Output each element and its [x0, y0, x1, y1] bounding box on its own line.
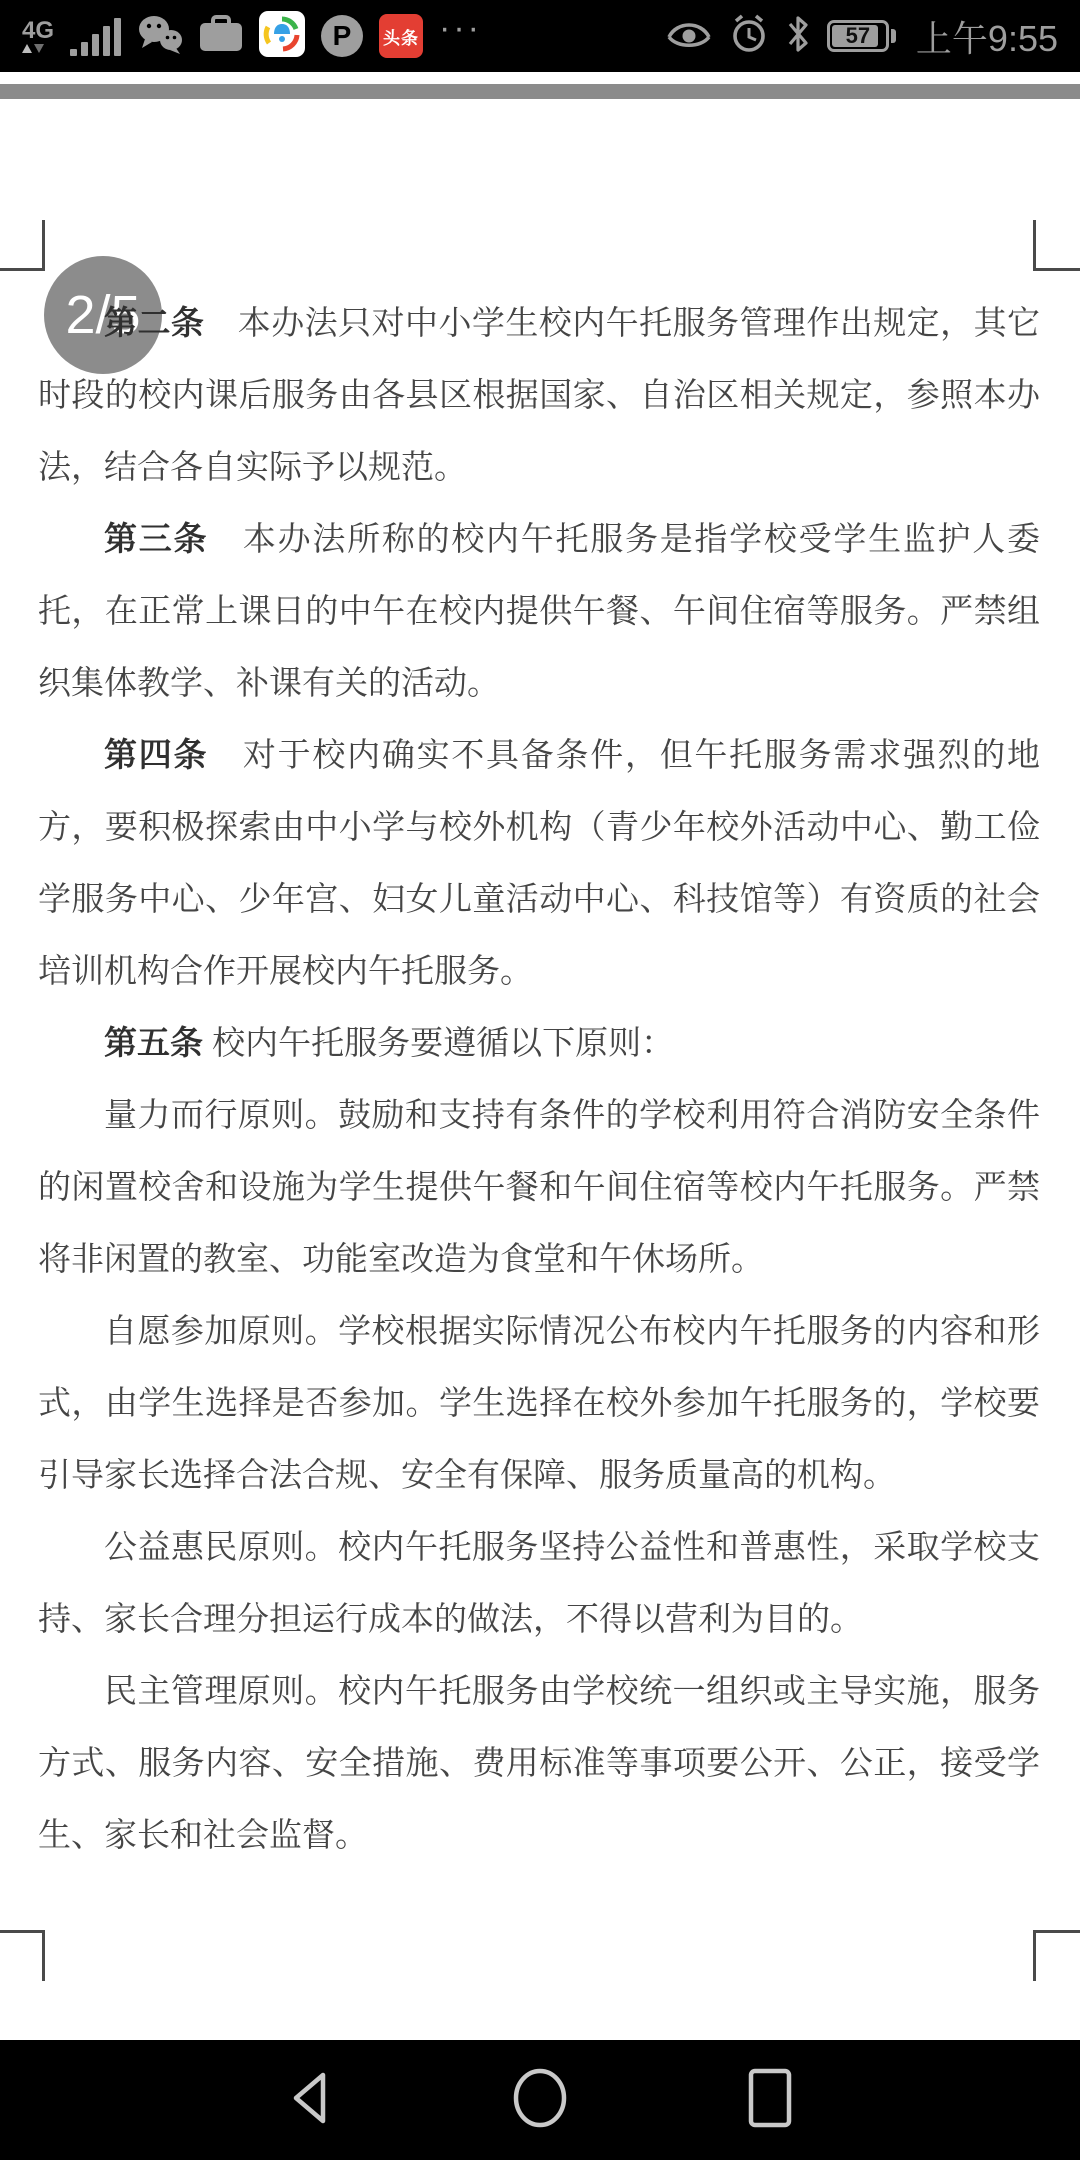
more-notifications-icon: ···: [439, 22, 482, 50]
page-corner-mark-top-right: [1033, 220, 1080, 271]
paragraph-text: 对于校内确实不具备条件，但午托服务需求强烈的地方，要积极探索由中小学与校外机构（…: [38, 736, 1040, 989]
bluetooth-icon: [785, 13, 811, 60]
paragraph: 第四条 对于校内确实不具备条件，但午托服务需求强烈的地方，要积极探索由中小学与校…: [38, 719, 1040, 1007]
home-circle-icon: [510, 2068, 570, 2133]
document-page: 第二条 本办法只对中小学生校内午托服务管理作出规定，其它时段的校内课后服务由各县…: [38, 287, 1040, 1871]
paragraph-text: 公益惠民原则。校内午托服务坚持公益性和普惠性，采取学校支持、家长合理分担运行成本…: [38, 1528, 1040, 1637]
network-label: 4G: [22, 19, 54, 43]
article-number: 第三条: [104, 520, 208, 557]
battery-percent: 57: [846, 23, 870, 49]
battery-indicator: 57: [827, 20, 896, 52]
briefcase-icon: [199, 15, 243, 58]
paragraph: 公益惠民原则。校内午托服务坚持公益性和普惠性，采取学校支持、家长合理分担运行成本…: [38, 1511, 1040, 1655]
paragraph: 自愿参加原则。学校根据实际情况公布校内午托服务的内容和形式，由学生选择是否参加。…: [38, 1295, 1040, 1511]
paragraph: 量力而行原则。鼓励和支持有条件的学校利用符合消防安全条件的闲置校舍和设施为学生提…: [38, 1079, 1040, 1295]
wechat-icon: [137, 14, 183, 59]
recents-square-icon: [744, 2068, 796, 2133]
article-number: 第二条: [104, 304, 204, 341]
signal-strength-icon: [70, 16, 121, 56]
p-badge-icon: P: [321, 15, 363, 57]
paragraph: 第三条 本办法所称的校内午托服务是指学校受学生监护人委托，在正常上课日的中午在校…: [38, 503, 1040, 719]
status-time: 上午9:55: [916, 11, 1058, 62]
alarm-icon: [729, 14, 769, 59]
nav-recents-button[interactable]: [655, 2068, 885, 2133]
paragraph-text: 校内午托服务要遵循以下原则：: [203, 1024, 674, 1061]
phone-screen: 4G: [0, 0, 1080, 2160]
page-corner-mark-bottom-left: [0, 1930, 45, 1981]
navigation-bar: [0, 2040, 1080, 2160]
paragraph: 第五条 校内午托服务要遵循以下原则：: [38, 1007, 1040, 1079]
back-triangle-icon: [283, 2068, 337, 2133]
tencent-news-icon: [259, 11, 305, 62]
page-corner-mark-top-left: [0, 220, 45, 271]
nav-home-button[interactable]: [425, 2068, 655, 2133]
paragraph: 民主管理原则。校内午托服务由学校统一组织或主导实施，服务方式、服务内容、安全措施…: [38, 1655, 1040, 1871]
top-divider-bar: [0, 84, 1080, 99]
article-number: 第五条: [104, 1024, 203, 1061]
network-type: 4G: [22, 19, 54, 53]
toutiao-icon: 头条: [379, 14, 423, 58]
paragraph-text: 民主管理原则。校内午托服务由学校统一组织或主导实施，服务方式、服务内容、安全措施…: [38, 1672, 1040, 1853]
page-corner-mark-bottom-right: [1033, 1930, 1080, 1981]
status-bar: 4G: [0, 0, 1080, 72]
eye-protection-icon: [665, 16, 713, 57]
status-bar-right: 57 上午9:55: [665, 11, 1058, 62]
paragraph-text: 量力而行原则。鼓励和支持有条件的学校利用符合消防安全条件的闲置校舍和设施为学生提…: [38, 1096, 1040, 1277]
paragraph: 第二条 本办法只对中小学生校内午托服务管理作出规定，其它时段的校内课后服务由各县…: [38, 287, 1040, 503]
updown-arrows-icon: [22, 44, 44, 53]
paragraph-text: 自愿参加原则。学校根据实际情况公布校内午托服务的内容和形式，由学生选择是否参加。…: [38, 1312, 1040, 1493]
nav-back-button[interactable]: [195, 2068, 425, 2133]
status-bar-left: 4G: [22, 11, 482, 62]
article-number: 第四条: [104, 736, 208, 773]
